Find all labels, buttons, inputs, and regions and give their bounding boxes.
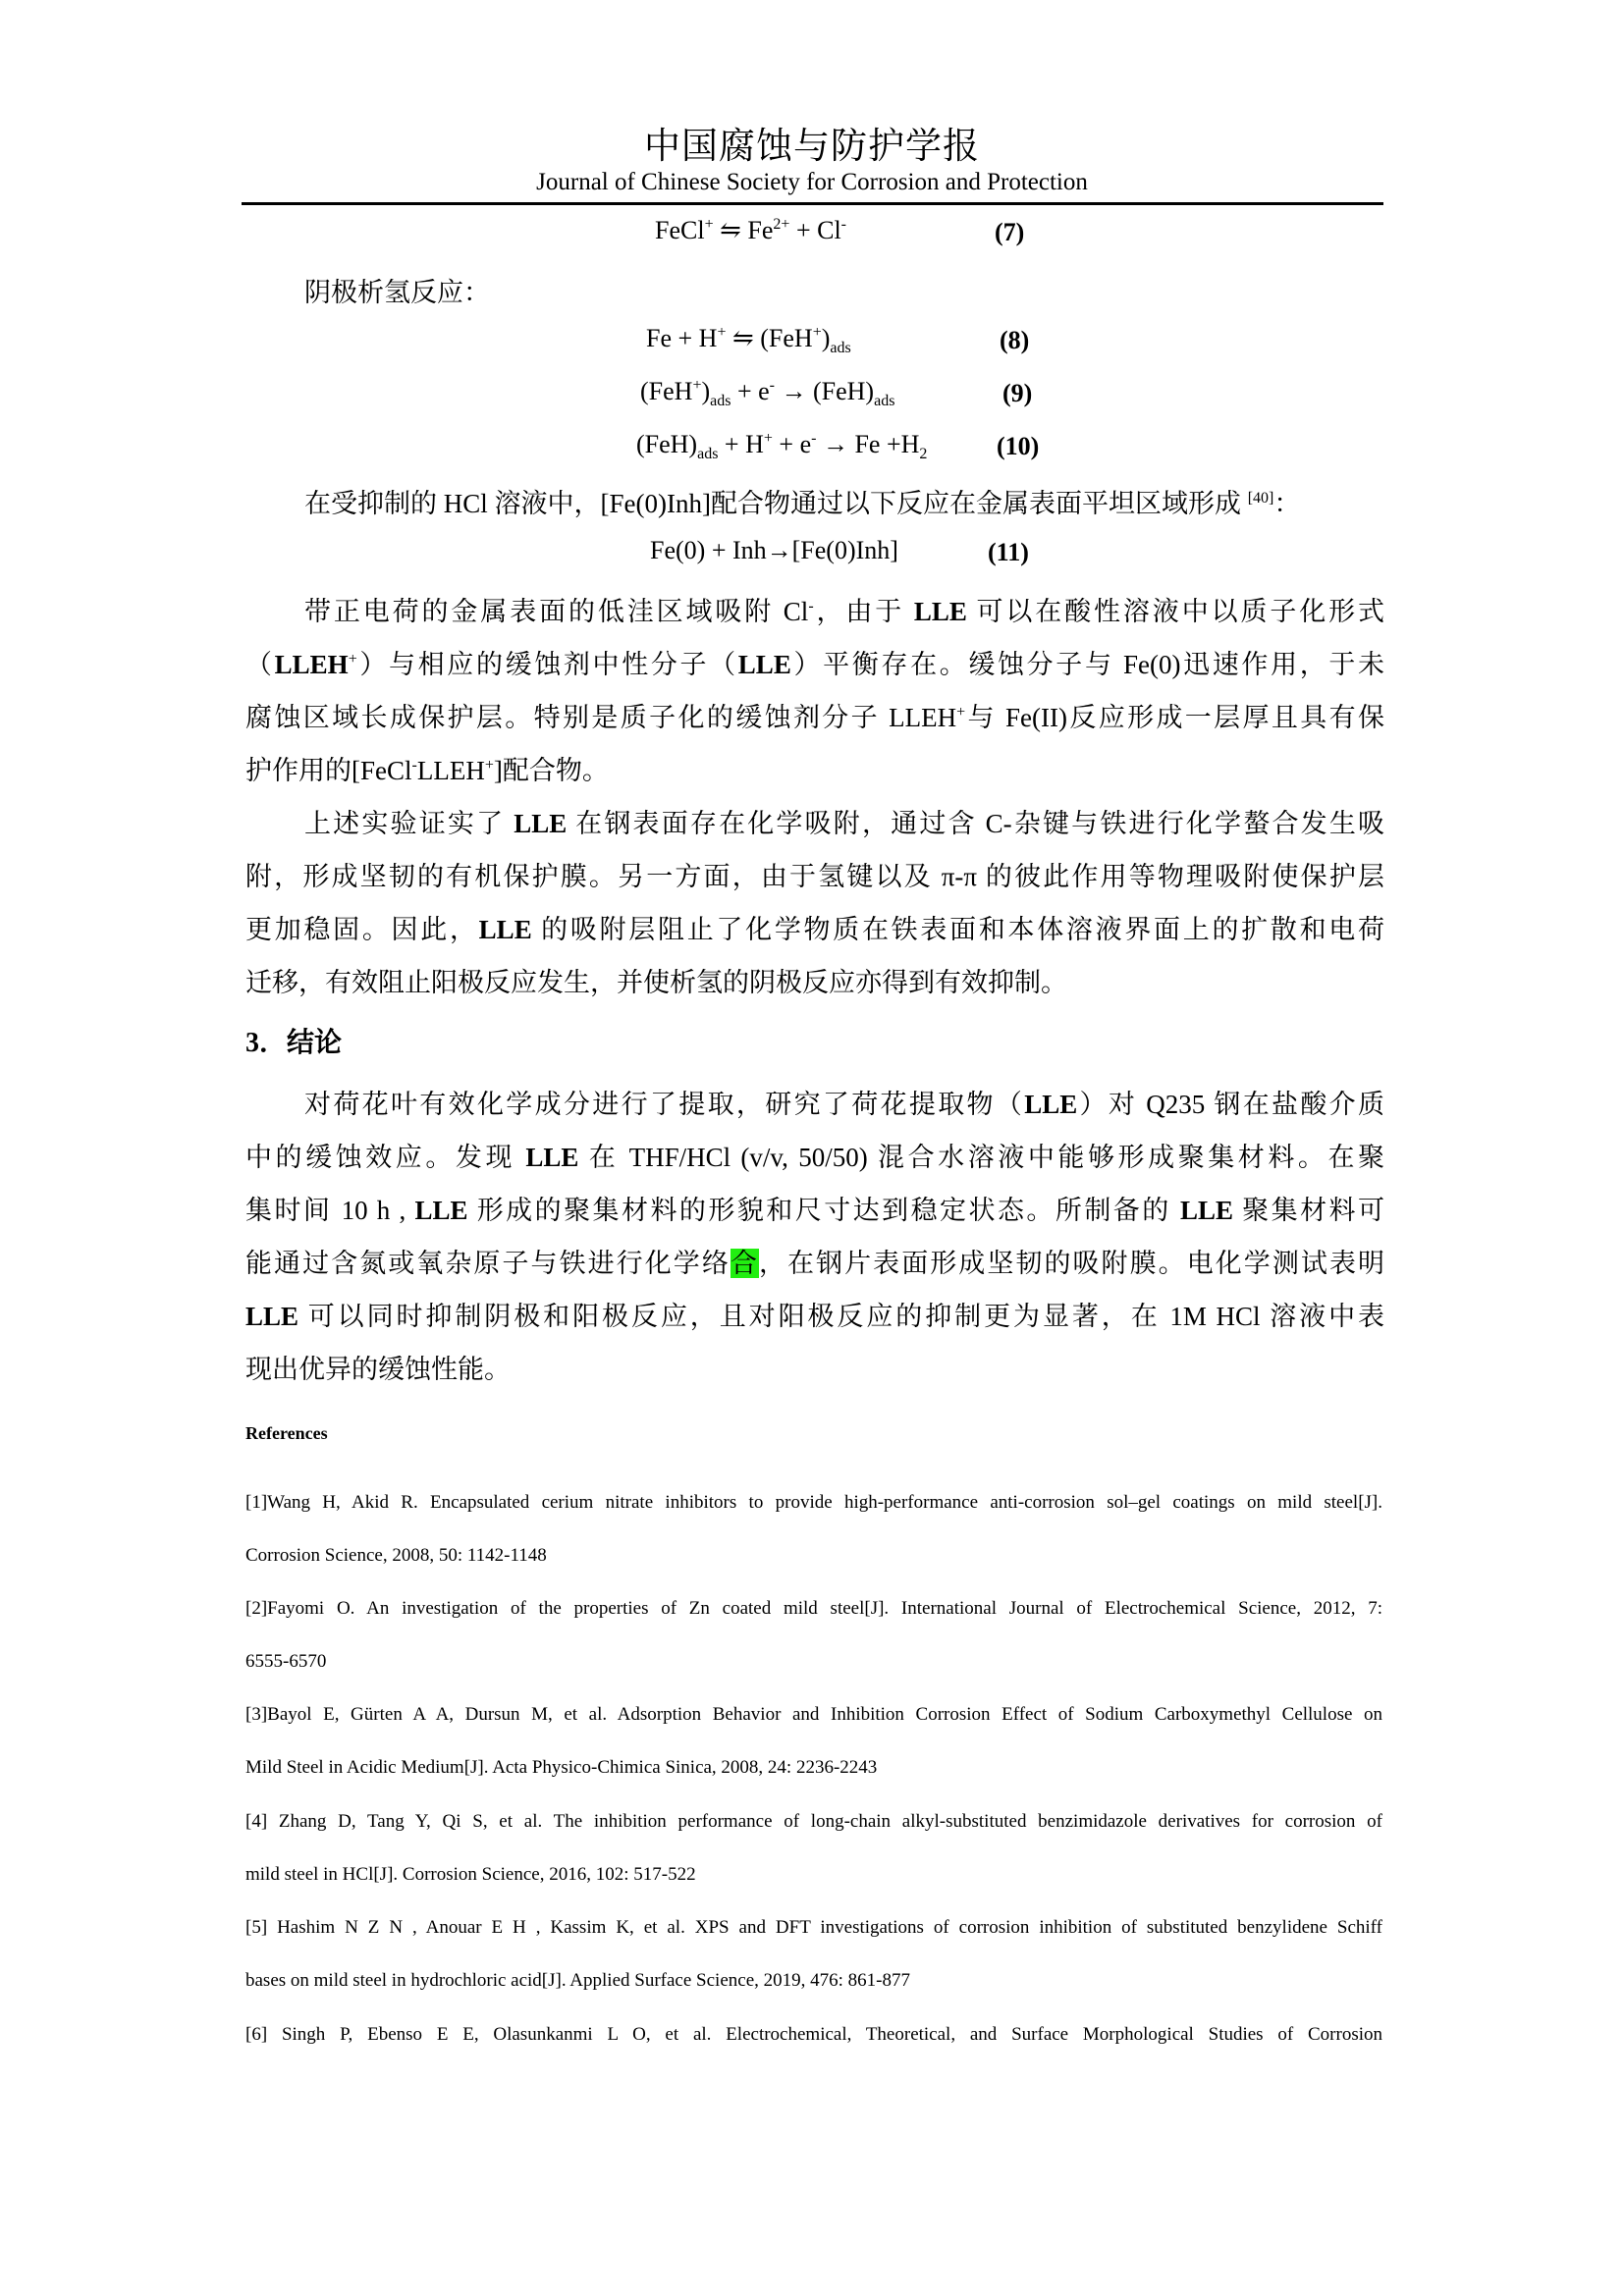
conclusion-line-6: 现出优异的缓蚀性能。 bbox=[245, 1348, 1384, 1386]
text: ）与相应的缓蚀剂中性分子（ bbox=[357, 650, 738, 679]
reference-1-line-2: Corrosion Science, 2008, 50: 1142-1148 bbox=[245, 1545, 1382, 1567]
eq-sub: 2 bbox=[919, 446, 927, 462]
eq-text: ⇋ (FeH bbox=[726, 324, 812, 352]
paragraph-2-line-2: 附，形成坚韧的有机保护膜。另一方面，由于氢键以及 π-π 的彼此作用等物理吸附使… bbox=[245, 855, 1384, 893]
eq-text: FeCl bbox=[655, 216, 705, 244]
paragraph-2-line-1: 上述实验证实了 LLE 在钢表面存在化学吸附，通过含 C-杂键与铁进行化学螯合发… bbox=[304, 802, 1384, 840]
eq-text: (FeH) bbox=[636, 430, 697, 458]
eq-sub: ads bbox=[710, 393, 731, 409]
equation-number-7: (7) bbox=[995, 218, 1024, 247]
text: ）对 Q235 钢在盐酸介质 bbox=[1077, 1090, 1384, 1119]
sup: + bbox=[485, 757, 494, 774]
equation-number-10: (10) bbox=[997, 432, 1039, 461]
paragraph-1-line-4: 护作用的[FeCl-LLEH+]配合物。 bbox=[245, 749, 1384, 787]
paragraph-2-line-3: 更加稳固。因此，LLE 的吸附层阻止了化学物质在铁表面和本体溶液界面上的扩散和电… bbox=[245, 908, 1384, 946]
equation-10: (FeH)ads + H+ + e- → Fe +H2 bbox=[636, 430, 927, 459]
bold-term: LLE bbox=[245, 1302, 298, 1331]
text: 中的缓蚀效应。发现 bbox=[245, 1143, 525, 1172]
sentence-text: ： bbox=[1273, 489, 1300, 518]
sup: + bbox=[956, 704, 965, 721]
eq-text: → (FeH) bbox=[775, 377, 874, 405]
conclusion-line-5: LLE 可以同时抑制阴极和阳极反应，且对阳极反应的抑制更为显著，在 1M HCl… bbox=[245, 1295, 1384, 1333]
reference-4-line-1: [4] Zhang D, Tang Y, Qi S, et al. The in… bbox=[245, 1811, 1382, 1833]
text: ，由于 bbox=[814, 597, 914, 626]
reference-3-line-1: [3]Bayol E, Gürten A A, Dursun M, et al.… bbox=[245, 1704, 1382, 1726]
equation-11: Fe(0) + Inh→[Fe(0)Inh] bbox=[650, 536, 898, 565]
paragraph-1-line-1: 带正电荷的金属表面的低洼区域吸附 Cl-，由于 LLE 可以在酸性溶液中以质子化… bbox=[304, 590, 1384, 628]
reference-2-line-1: [2]Fayomi O. An investigation of the pro… bbox=[245, 1598, 1382, 1620]
eq-sup: + bbox=[705, 216, 714, 233]
journal-title-cn: 中国腐蚀与防护学报 bbox=[0, 116, 1624, 169]
eq-text: Fe bbox=[747, 216, 773, 244]
text: 护作用的[FeCl bbox=[245, 756, 412, 785]
eq-text: + e bbox=[773, 430, 811, 458]
text: 聚集材料可 bbox=[1233, 1196, 1384, 1225]
cathodic-label: 阴极析氢反应： bbox=[304, 271, 1443, 309]
text: 能通过含氮或氧杂原子与铁进行化学络 bbox=[245, 1249, 731, 1278]
conclusion-line-4: 能通过含氮或氧杂原子与铁进行化学络合，在钢片表面形成坚韧的吸附膜。电化学测试表明 bbox=[245, 1242, 1384, 1280]
equation-number-11: (11) bbox=[988, 538, 1029, 567]
reference-3-line-2: Mild Steel in Acidic Medium[J]. Acta Phy… bbox=[245, 1757, 1382, 1779]
eq-text: ⇋ bbox=[714, 216, 748, 244]
eq-text: + Cl bbox=[789, 216, 840, 244]
equation-7: FeCl+ ⇋ Fe2+ + Cl- bbox=[655, 216, 846, 245]
inhibited-hcl-sentence: 在受抑制的 HCl 溶液中，[Fe(0)Inh]配合物通过以下反应在金属表面平坦… bbox=[304, 482, 1443, 520]
text: LLEH bbox=[417, 756, 485, 785]
bold-term: LLE bbox=[525, 1143, 578, 1172]
conclusion-line-3: 集时间 10 h , LLE 形成的聚集材料的形貌和尺寸达到稳定状态。所制备的 … bbox=[245, 1189, 1384, 1227]
paragraph-1-line-2: （LLEH+）与相应的缓蚀剂中性分子（LLE）平衡存在。缓蚀分子与 Fe(0)迅… bbox=[245, 643, 1384, 681]
bold-term: LLE bbox=[414, 1196, 467, 1225]
text: ]配合物。 bbox=[494, 756, 609, 785]
references-heading: References bbox=[245, 1423, 328, 1444]
highlighted-character[interactable]: 合 bbox=[731, 1249, 759, 1278]
reference-5-line-2: bases on mild steel in hydrochloric acid… bbox=[245, 1970, 1382, 1992]
eq-sup: - bbox=[841, 216, 846, 233]
text: （ bbox=[245, 650, 275, 679]
sentence-text: 在受抑制的 HCl 溶液中，[Fe(0)Inh]配合物通过以下反应在金属表面平坦… bbox=[304, 489, 1248, 518]
eq-text: Fe + H bbox=[646, 324, 717, 352]
eq-sub: ads bbox=[697, 446, 718, 462]
equation-number-8: (8) bbox=[1000, 326, 1029, 355]
bold-term: LLE bbox=[914, 597, 967, 626]
text: 在 THF/HCl (v/v, 50/50) 混合水溶液中能够形成聚集材料。在聚 bbox=[578, 1143, 1384, 1172]
text: 可以在酸性溶液中以质子化形式 bbox=[967, 597, 1384, 626]
bold-term: LLE bbox=[479, 915, 532, 944]
eq-text: (FeH bbox=[640, 377, 692, 405]
text: 的吸附层阻止了化学物质在铁表面和本体溶液界面上的扩散和电荷 bbox=[532, 915, 1384, 944]
eq-sup: + bbox=[813, 324, 822, 341]
reference-1-line-1: [1]Wang H, Akid R. Encapsulated cerium n… bbox=[245, 1492, 1382, 1514]
text: 形成的聚集材料的形貌和尺寸达到稳定状态。所制备的 bbox=[468, 1196, 1180, 1225]
text: 集时间 10 h , bbox=[245, 1196, 414, 1225]
header-rule bbox=[242, 202, 1383, 205]
equation-number-9: (9) bbox=[1002, 379, 1032, 408]
paragraph-1-line-3: 腐蚀区域长成保护层。特别是质子化的缓蚀剂分子 LLEH+与 Fe(II)反应形成… bbox=[245, 696, 1384, 734]
text: 对荷花叶有效化学成分进行了提取，研究了荷花提取物（ bbox=[304, 1090, 1024, 1119]
conclusion-line-2: 中的缓蚀效应。发现 LLE 在 THF/HCl (v/v, 50/50) 混合水… bbox=[245, 1136, 1384, 1174]
text: ，在钢片表面形成坚韧的吸附膜。电化学测试表明 bbox=[759, 1249, 1384, 1278]
text: 更加稳固。因此， bbox=[245, 915, 479, 944]
eq-sub: ads bbox=[874, 393, 894, 409]
bold-term: LLE bbox=[1024, 1090, 1077, 1119]
eq-text: → Fe +H bbox=[816, 430, 919, 458]
bold-term: LLE bbox=[1180, 1196, 1233, 1225]
text: 带正电荷的金属表面的低洼区域吸附 Cl bbox=[304, 597, 808, 626]
equation-8: Fe + H+ ⇋ (FeH+)ads bbox=[646, 324, 851, 353]
bold-term: LLE bbox=[738, 650, 791, 679]
citation: [40] bbox=[1248, 490, 1274, 507]
bold-term: LLEH bbox=[275, 650, 349, 679]
journal-title-en: Journal of Chinese Society for Corrosion… bbox=[0, 169, 1624, 196]
equation-9: (FeH+)ads + e- → (FeH)ads bbox=[640, 377, 894, 406]
eq-sub: ads bbox=[830, 340, 850, 356]
eq-text: ) bbox=[701, 377, 710, 405]
eq-text: + e bbox=[731, 377, 769, 405]
text: 上述实验证实了 bbox=[304, 809, 514, 838]
paragraph-2-line-4: 迁移，有效阻止阳极反应发生，并使析氢的阴极反应亦得到有效抑制。 bbox=[245, 961, 1384, 999]
eq-text: + H bbox=[718, 430, 763, 458]
text: 腐蚀区域长成保护层。特别是质子化的缓蚀剂分子 LLEH bbox=[245, 703, 956, 732]
text: 可以同时抑制阴极和阳极反应，且对阳极反应的抑制更为显著，在 1M HCl 溶液中… bbox=[298, 1302, 1384, 1331]
conclusion-line-1: 对荷花叶有效化学成分进行了提取，研究了荷花提取物（LLE）对 Q235 钢在盐酸… bbox=[304, 1083, 1384, 1121]
section-heading-conclusion: 3．结论 bbox=[245, 1021, 342, 1060]
reference-4-line-2: mild steel in HCl[J]. Corrosion Science,… bbox=[245, 1864, 1382, 1886]
reference-2-line-2: 6555-6570 bbox=[245, 1651, 1382, 1673]
eq-sup: + bbox=[764, 430, 773, 447]
text: 与 Fe(II)反应形成一层厚且具有保 bbox=[965, 703, 1384, 732]
text: 在钢表面存在化学吸附，通过含 C-杂键与铁进行化学螯合发生吸 bbox=[567, 809, 1384, 838]
eq-sup: 2+ bbox=[773, 216, 789, 233]
sup: + bbox=[349, 651, 357, 667]
reference-6-line-1: [6] Singh P, Ebenso E E, Olasunkanmi L O… bbox=[245, 2024, 1382, 2046]
bold-term: LLE bbox=[514, 809, 567, 838]
reference-5-line-1: [5] Hashim N Z N , Anouar E H , Kassim K… bbox=[245, 1917, 1382, 1939]
text: ）平衡存在。缓蚀分子与 Fe(0)迅速作用，于未 bbox=[791, 650, 1384, 679]
